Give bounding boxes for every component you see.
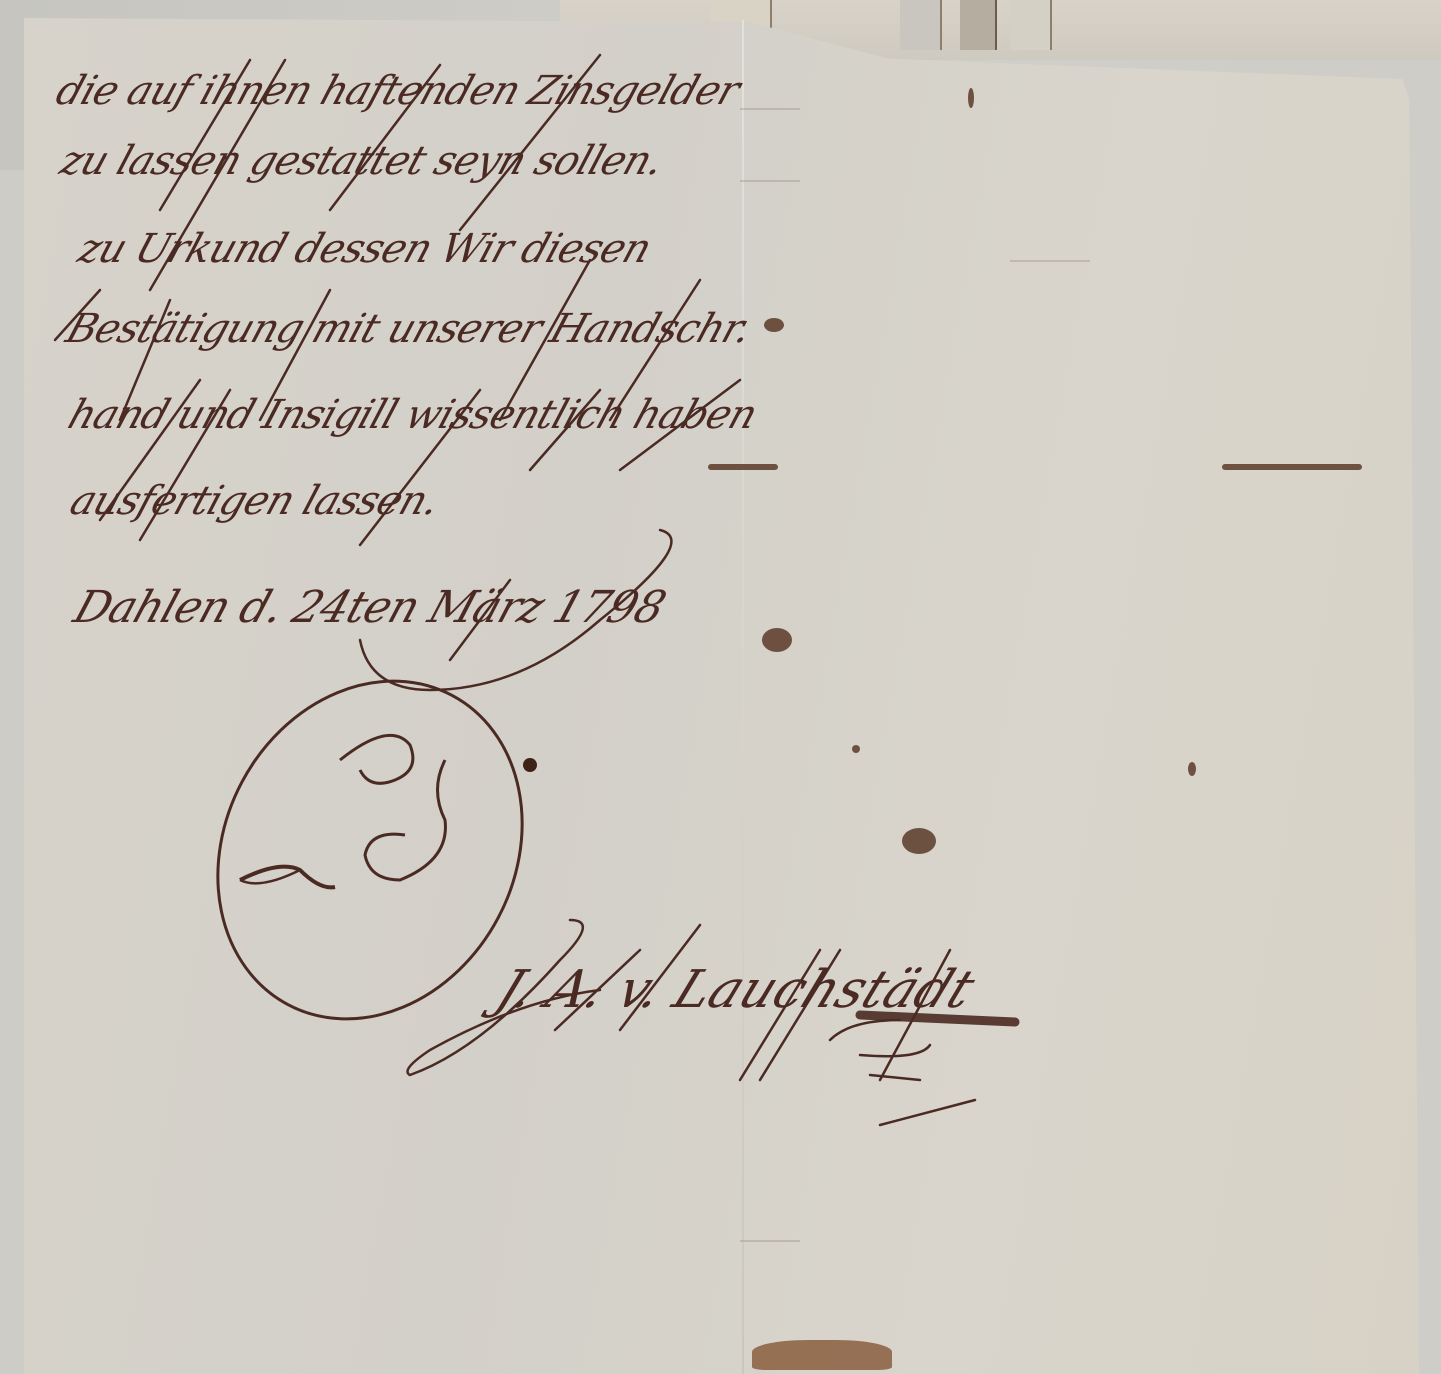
- manuscript-line-3: zu Urkund dessen Wir diesen: [73, 226, 657, 272]
- manuscript-line-6: ausfertigen lassen.: [65, 478, 445, 524]
- stacked-sheet: [1010, 0, 1052, 50]
- manuscript-line-4: Bestätigung mit unserer Handschr.: [61, 306, 757, 352]
- ink-blot: [1188, 762, 1196, 776]
- manuscript-line-1: die auf ihnen haftenden Zinsgelder: [51, 68, 745, 114]
- ink-blot: [762, 628, 792, 652]
- ink-bleed-stroke: [708, 464, 778, 470]
- signature: J. A. v. Lauchstädt: [488, 960, 983, 1020]
- manuscript-line-2: zu lassen gestattet seyn sollen.: [55, 138, 669, 184]
- stacked-sheet: [900, 0, 942, 50]
- manuscript-dateline: Dahlen d. 24ten März 1798: [68, 582, 671, 633]
- ink-blot: [852, 745, 860, 753]
- paper-fold-line: [742, 20, 744, 1374]
- ink-stain-bottom: [752, 1340, 892, 1370]
- manuscript-page: [24, 18, 1419, 1374]
- ink-blot: [902, 828, 936, 854]
- manuscript-line-5: hand und Insigill wissentlich haben: [63, 392, 763, 438]
- ink-bleed-stroke: [1222, 464, 1362, 470]
- ink-blot: [968, 88, 974, 108]
- faint-bleed-line: [740, 180, 800, 182]
- faint-bleed-line: [1010, 260, 1090, 262]
- faint-bleed-line: [740, 1240, 800, 1242]
- ink-blot: [764, 318, 784, 332]
- faint-bleed-line: [740, 108, 800, 110]
- stacked-sheet: [960, 0, 997, 50]
